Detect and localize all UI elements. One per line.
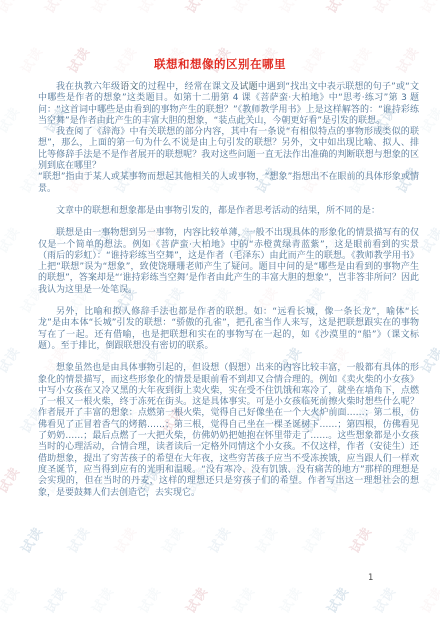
watermark-text: 试读	[298, 523, 329, 557]
watermark-text: 试读	[416, 583, 440, 617]
watermark-text: 试读	[392, 523, 423, 557]
paragraph: 我查阅了《辞海》中有关联想的部分内容，其中有一条说“有相似特点的事物形成类似的联…	[38, 127, 419, 172]
watermark-text: 试读	[0, 0, 23, 16]
emphasis-text: 试题	[240, 82, 258, 92]
watermark-text: 试读	[0, 463, 23, 497]
emphasis-text: 语文	[120, 82, 138, 92]
watermark-text: 试读	[87, 0, 118, 16]
article-body: 我在执教六年级语文的过程中，经常在课文及试题中遇到“找出文中表示联想的句子”或“…	[38, 82, 419, 499]
body-text: 另外，比喻和拟人修辞手法也都是作者的联想。如：“远看长城，像一条长龙”，喻体“长…	[38, 307, 419, 351]
paragraph: 另外，比喻和拟人修辞手法也都是作者的联想。如：“远看长城，像一条长龙”，喻体“长…	[38, 307, 419, 352]
watermark-text: 试读	[416, 103, 440, 137]
watermark-text: 试读	[181, 583, 212, 617]
watermark-text: 试读	[0, 343, 23, 377]
document-page: 试读试读试读试读试读试读试读试读试读试读试读试读试读试读试读试读试读试读试读试读…	[0, 0, 440, 620]
watermark-text: 试读	[416, 223, 440, 257]
body-text: 我查阅了《辞海》中有关联想的部分内容，其中有一条说“有相似特点的事物形成类似的联…	[38, 127, 419, 171]
watermark-text: 试读	[87, 583, 118, 617]
body-text: 的过程中，经常在课文及	[139, 82, 240, 92]
watermark-text: 试读	[134, 0, 165, 16]
page-number: 1	[368, 573, 373, 583]
watermark-text: 试读	[16, 523, 47, 557]
watermark-text: 试读	[416, 463, 440, 497]
watermark-text: 试读	[181, 0, 212, 16]
body-text: 想象虽然也是由具体事物引起的，但设想（假想）出来的内容比较丰富，一般都有具体的形…	[38, 363, 419, 497]
watermark-text: 试读	[63, 523, 94, 557]
watermark-text: 试读	[0, 583, 23, 617]
body-text: 文章中的联想和想象都是由事物引发的，都是作者思考活动的结果，所不同的是：	[56, 206, 380, 216]
watermark-text: 试读	[228, 583, 259, 617]
watermark-text: 试读	[416, 343, 440, 377]
watermark-text: 试读	[0, 103, 23, 137]
watermark-text: 试读	[369, 0, 400, 16]
watermark-text: 试读	[40, 583, 71, 617]
paragraph: 联想是由一事物想到另一事物，内容比较单薄，一般不出现具体的形象化的情景描写有的仅…	[38, 228, 419, 296]
watermark-text: 试读	[110, 523, 141, 557]
watermark-text: 试读	[204, 523, 235, 557]
paragraph: 想象虽然也是由具体事物引起的，但设想（假想）出来的内容比较丰富，一般都有具体的形…	[38, 363, 419, 499]
watermark-text: 试读	[228, 0, 259, 16]
watermark-text: 试读	[40, 0, 71, 16]
watermark-text: 试读	[322, 583, 353, 617]
watermark-text: 试读	[369, 583, 400, 617]
watermark-text: 试读	[345, 523, 376, 557]
paragraph: 我在执教六年级语文的过程中，经常在课文及试题中遇到“找出文中表示联想的句子”或“…	[38, 82, 419, 127]
watermark-text: 试读	[134, 583, 165, 617]
paragraph: 文章中的联想和想象都是由事物引发的，都是作者思考活动的结果，所不同的是：	[38, 206, 419, 217]
body-text: “联想”指由于某人或某事物而想起其他相关的人或事物，“想象”指想出不在眼前的具体…	[38, 172, 419, 193]
watermark-text: 试读	[0, 223, 23, 257]
watermark-text: 试读	[275, 583, 306, 617]
watermark-text: 试读	[322, 0, 353, 16]
watermark-text: 试读	[251, 523, 282, 557]
watermark-text: 试读	[275, 0, 306, 16]
paragraph: “联想”指由于某人或某事物而想起其他相关的人或事物，“想象”指想出不在眼前的具体…	[38, 172, 419, 195]
page-title: 联想和想像的区别在哪里	[0, 56, 440, 72]
body-text: 我在执教六年级	[56, 82, 120, 92]
watermark-text: 试读	[157, 523, 188, 557]
watermark-text: 试读	[416, 0, 440, 16]
body-text: 联想是由一事物想到另一事物，内容比较单薄，一般不出现具体的形象化的情景描写有的仅…	[38, 228, 419, 294]
